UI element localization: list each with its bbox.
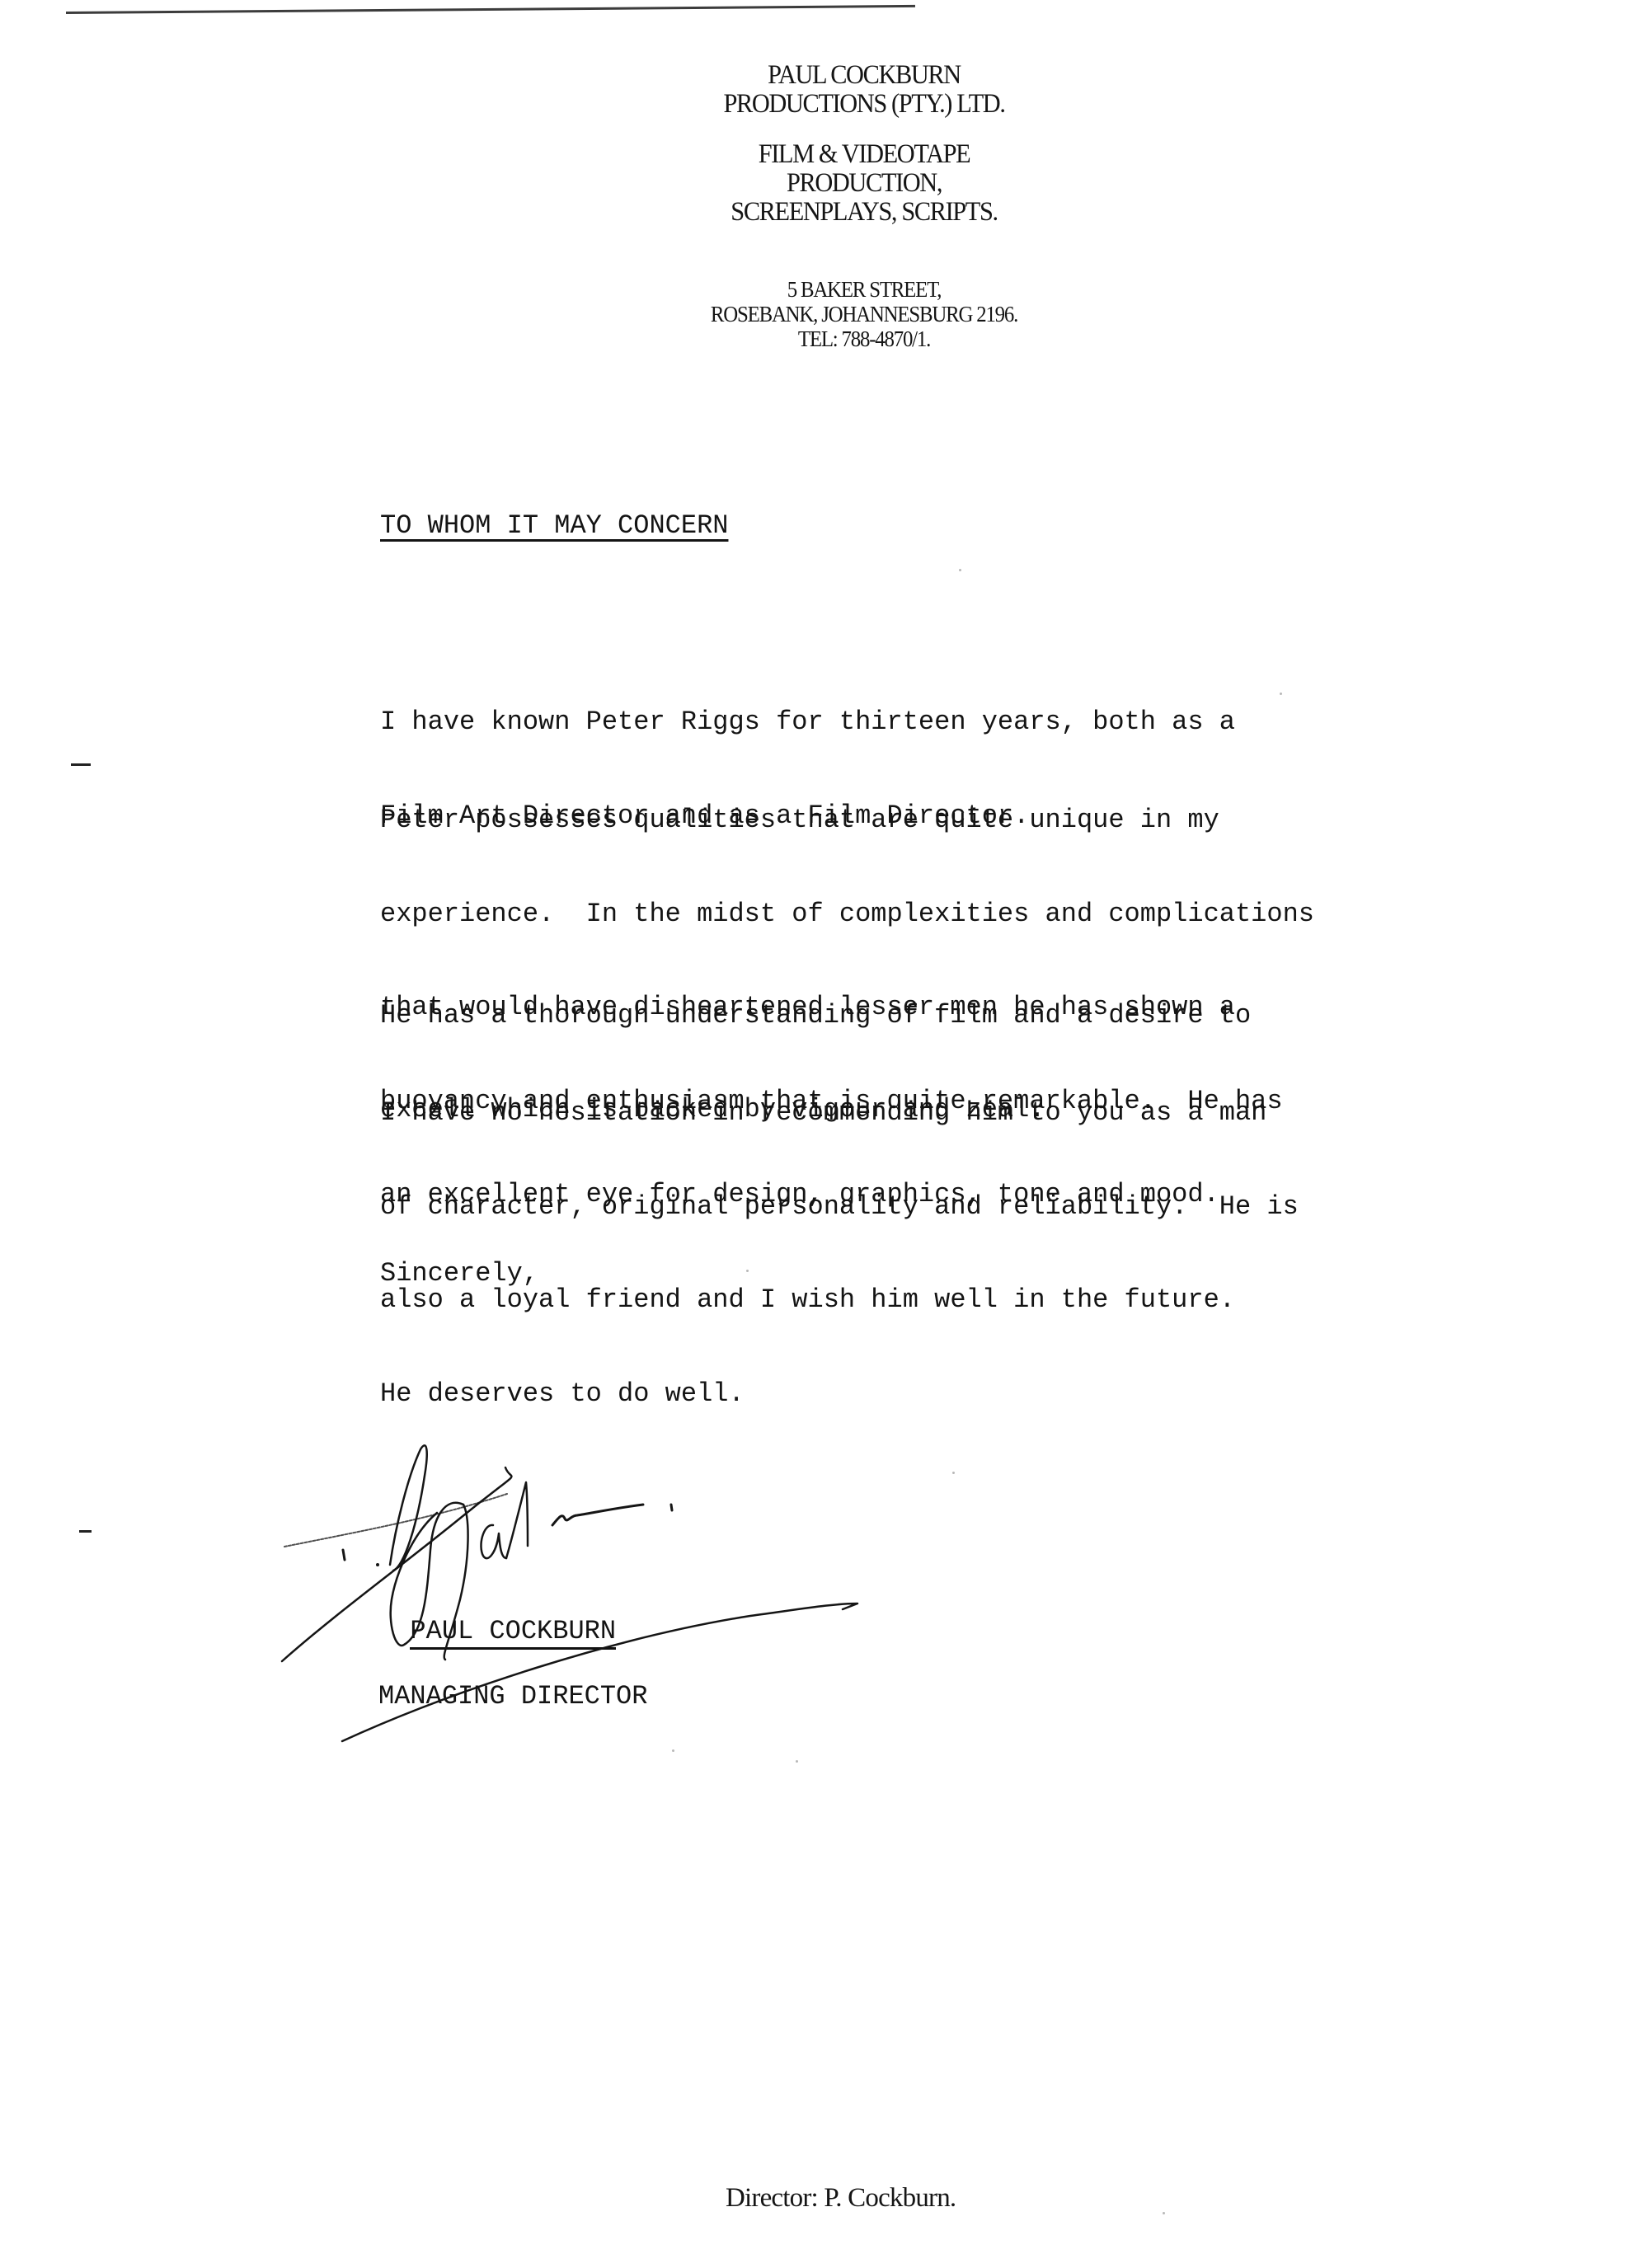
paragraph-line: Peter possesses qualities that are quite… bbox=[380, 804, 1314, 837]
letterhead-services: FILM & VIDEOTAPE PRODUCTION, SCREENPLAYS… bbox=[617, 140, 1111, 227]
scan-speck bbox=[672, 1749, 674, 1752]
signature-block: PAUL COCKBURN MANAGING DIRECTOR bbox=[378, 1585, 647, 1743]
scan-speck bbox=[796, 1760, 798, 1763]
top-rule bbox=[66, 5, 915, 14]
address-city: ROSEBANK, JOHANNESBURG 2196. bbox=[637, 302, 1092, 326]
paragraph-line: He has a thorough understanding of film … bbox=[380, 999, 1251, 1032]
letterhead-address: 5 BAKER STREET, ROSEBANK, JOHANNESBURG 2… bbox=[617, 277, 1111, 351]
closing-text: Sincerely, bbox=[380, 1257, 538, 1290]
paragraph-line: I have known Peter Riggs for thirteen ye… bbox=[380, 706, 1235, 739]
signatory-name: PAUL COCKBURN bbox=[410, 1616, 616, 1650]
scan-speck bbox=[952, 1472, 955, 1474]
company-name-line-1: PAUL COCKBURN bbox=[637, 61, 1092, 90]
margin-mark bbox=[71, 763, 91, 766]
scan-speck bbox=[746, 1270, 749, 1272]
paragraph-line: I have no hesitation in recommending him… bbox=[380, 1096, 1299, 1129]
margin-mark bbox=[79, 1530, 92, 1533]
signatory-title: MANAGING DIRECTOR bbox=[378, 1681, 647, 1712]
scan-speck bbox=[959, 569, 961, 571]
footer-director: Director: P. Cockburn. bbox=[726, 2181, 1105, 2214]
letterhead-company: PAUL COCKBURN PRODUCTIONS (PTY.) LTD. bbox=[617, 61, 1111, 119]
services-line-1: FILM & VIDEOTAPE bbox=[637, 140, 1092, 169]
address-street: 5 BAKER STREET, bbox=[637, 277, 1092, 302]
services-line-3: SCREENPLAYS, SCRIPTS. bbox=[637, 198, 1092, 227]
paragraph-line: experience. In the midst of complexities… bbox=[380, 898, 1314, 931]
closing: Sincerely, bbox=[380, 1196, 538, 1321]
scan-speck bbox=[1280, 693, 1282, 695]
services-line-2: PRODUCTION, bbox=[637, 169, 1092, 198]
paragraph-line: He deserves to do well. bbox=[380, 1378, 1299, 1411]
company-name-line-2: PRODUCTIONS (PTY.) LTD. bbox=[637, 90, 1092, 119]
scan-speck bbox=[1163, 2212, 1165, 2214]
address-telephone: TEL: 788-4870/1. bbox=[637, 326, 1092, 351]
salutation-heading: TO WHOM IT MAY CONCERN bbox=[380, 509, 728, 542]
